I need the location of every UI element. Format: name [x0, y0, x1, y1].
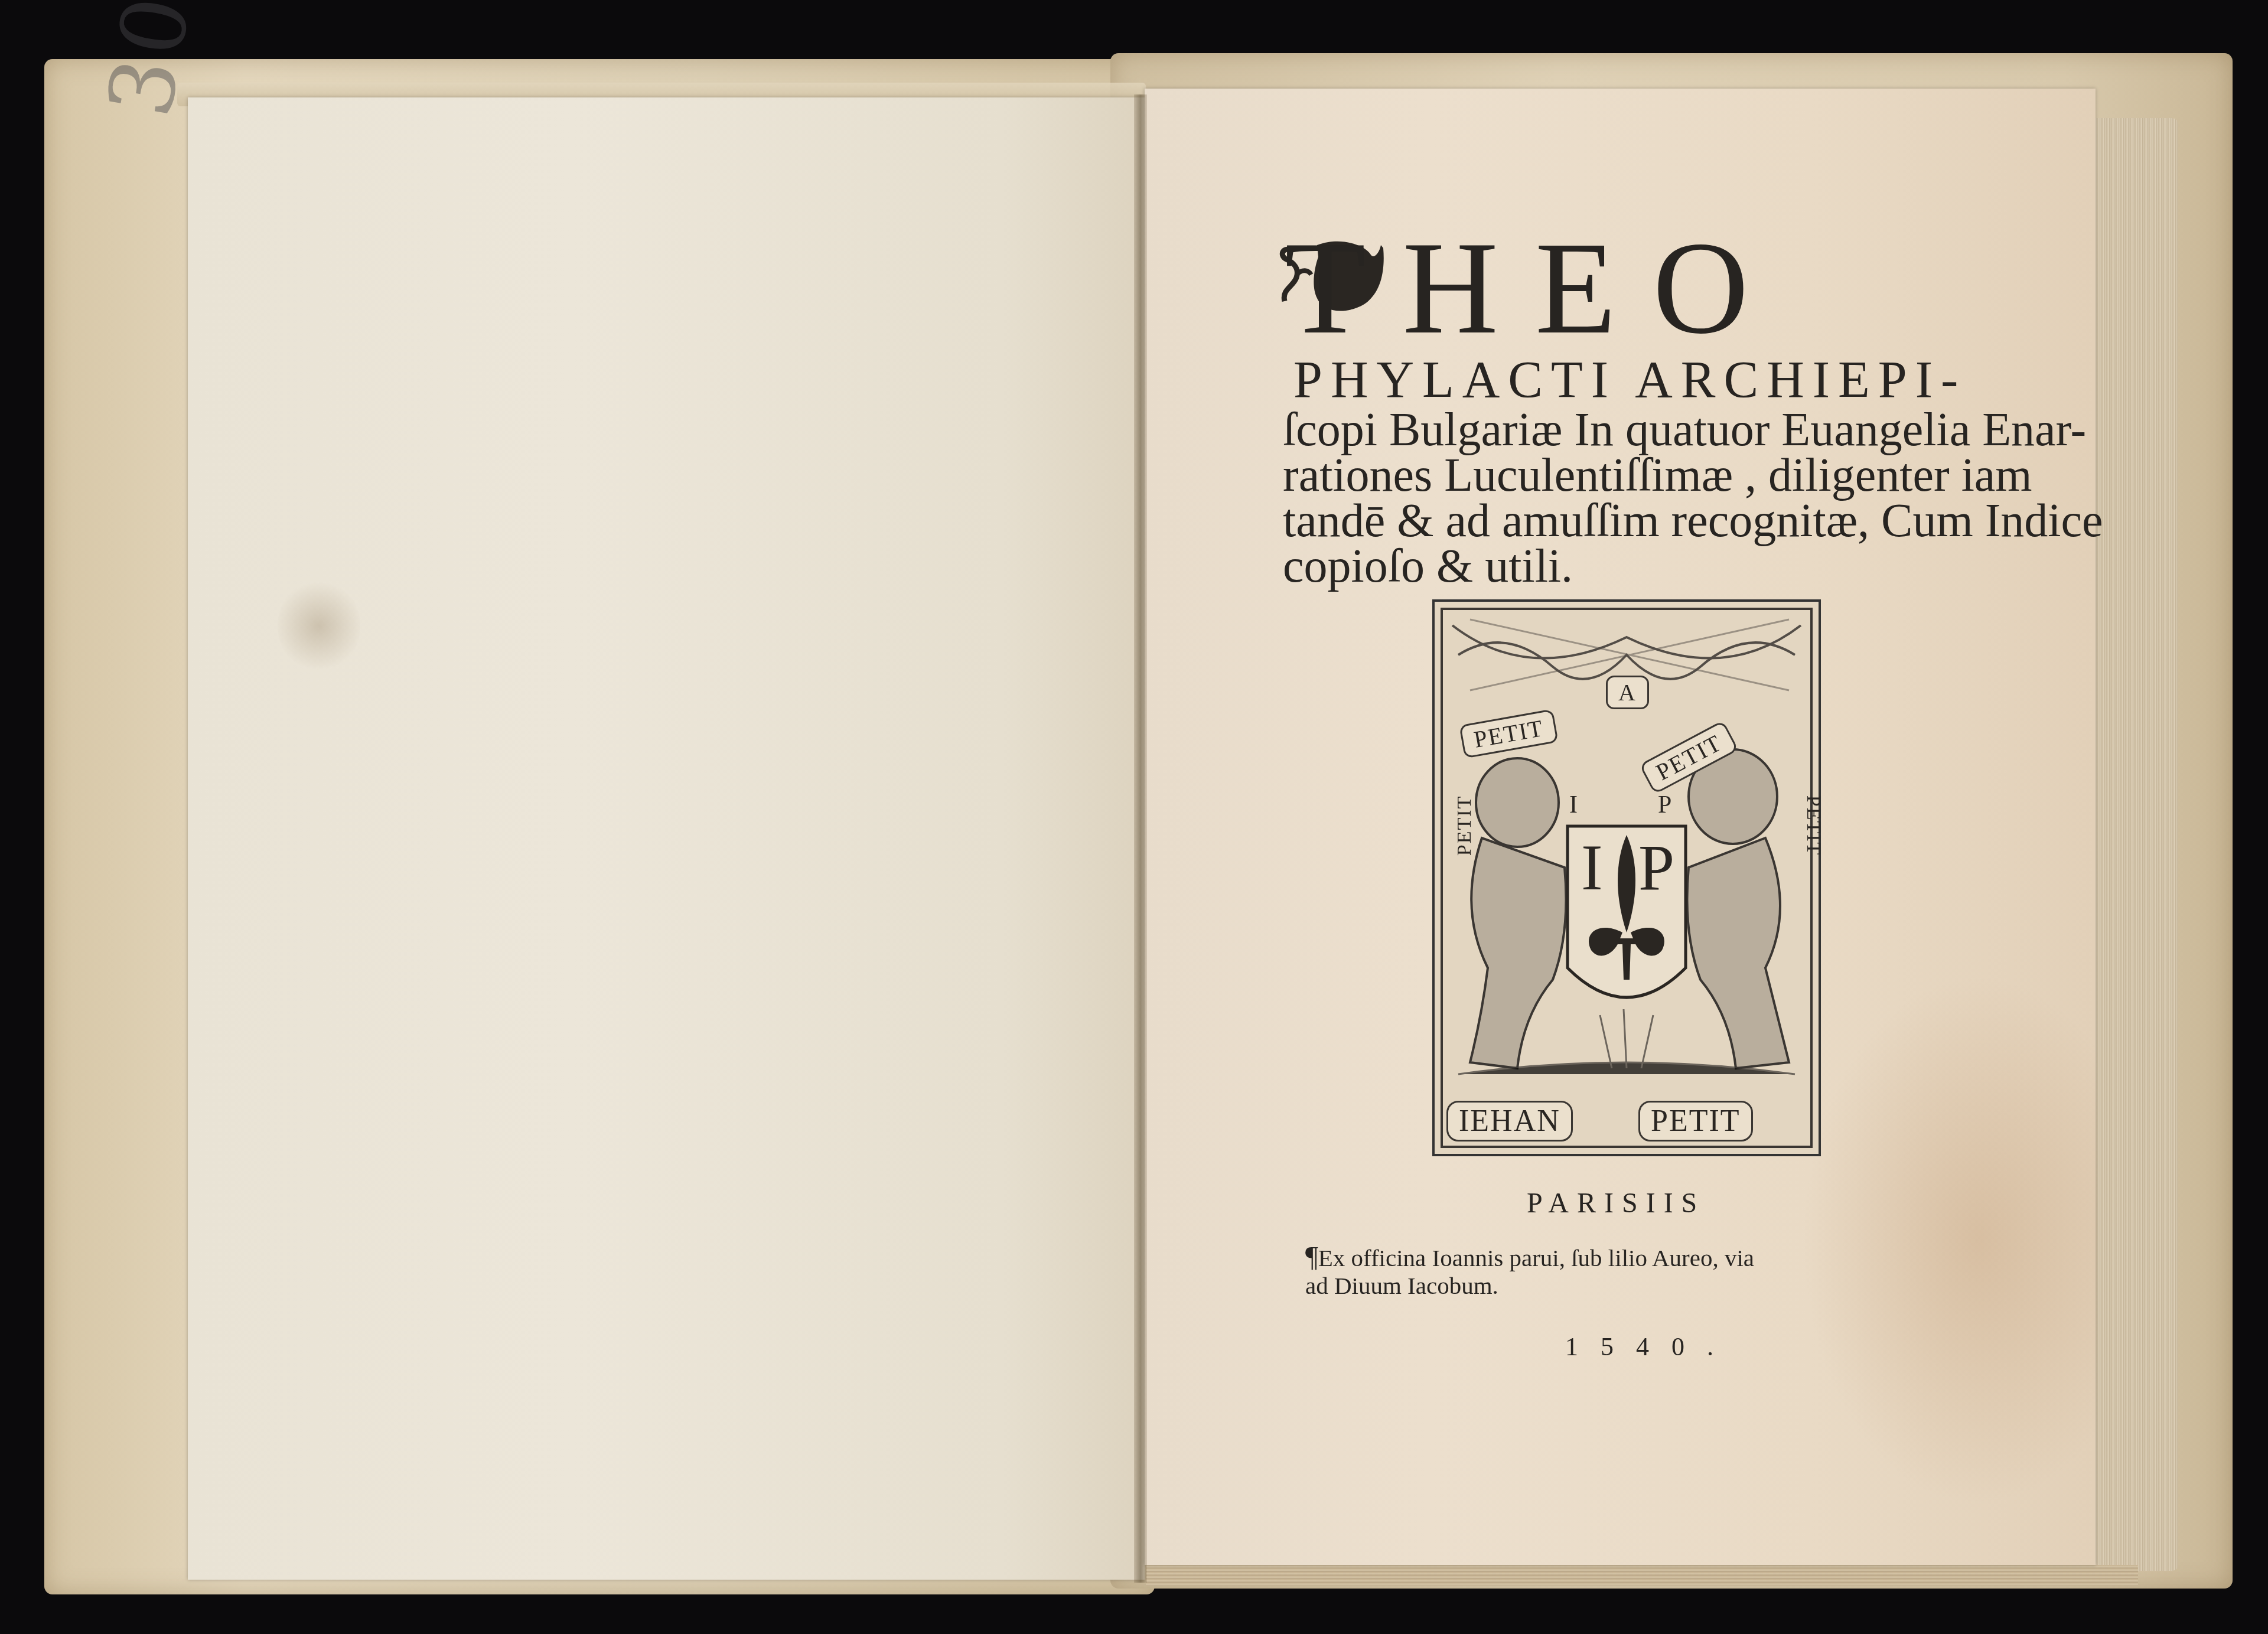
small-initial-left: I: [1569, 791, 1579, 819]
pilcrow-icon: ¶: [1305, 1241, 1318, 1273]
title-body-line: tandē & ad amuſſim recognitæ, Cum Indice: [1283, 498, 1992, 544]
title-line-2: PHYLACTI ARCHIEPI-: [1293, 354, 1966, 406]
water-stain: [1801, 974, 2097, 1506]
title-body-line: copioſo & utili.: [1283, 544, 1992, 589]
place-of-publication: PARISIIS: [1527, 1187, 1705, 1219]
title-body-line: rationes Luculentiſſimæ , diligenter iam: [1283, 453, 1992, 498]
banner-bottom-right: PETIT: [1638, 1101, 1753, 1141]
bottom-edge-leaves: [1146, 1565, 2138, 1586]
printers-mark-woodcut: A PETIT PETIT PETIT PETIT I P I P IEHAN …: [1432, 599, 1821, 1156]
title-body: ſcopi Bulgariæ In quatuor Euangelia Enar…: [1283, 407, 1992, 589]
imprint: ¶Ex officina Ioannis parui, ſub lilio Au…: [1305, 1243, 1920, 1300]
shield-initial-right: P: [1638, 835, 1676, 900]
small-initial-right: P: [1658, 791, 1673, 819]
title-line-1: THEO: [1285, 221, 1785, 354]
shield-initial-left: I: [1581, 835, 1604, 900]
fore-edge-leaves: [2096, 118, 2178, 1571]
side-text-right: PETIT: [1802, 795, 1824, 856]
imprint-line: ¶Ex officina Ioannis parui, ſub lilio Au…: [1305, 1243, 1920, 1272]
banner-bottom-left: IEHAN: [1446, 1101, 1573, 1141]
side-text-left: PETIT: [1454, 795, 1476, 856]
title-body-line: ſcopi Bulgariæ In quatuor Euangelia Enar…: [1283, 407, 1992, 453]
blank-flyleaf: [188, 97, 1145, 1580]
publication-year: 1540.: [1565, 1332, 1736, 1362]
banner-top: A: [1606, 676, 1649, 709]
foxing-stain: [278, 579, 360, 673]
gutter: [1134, 94, 1147, 1583]
imprint-line: ad Diuum Iacobum.: [1305, 1272, 1920, 1300]
